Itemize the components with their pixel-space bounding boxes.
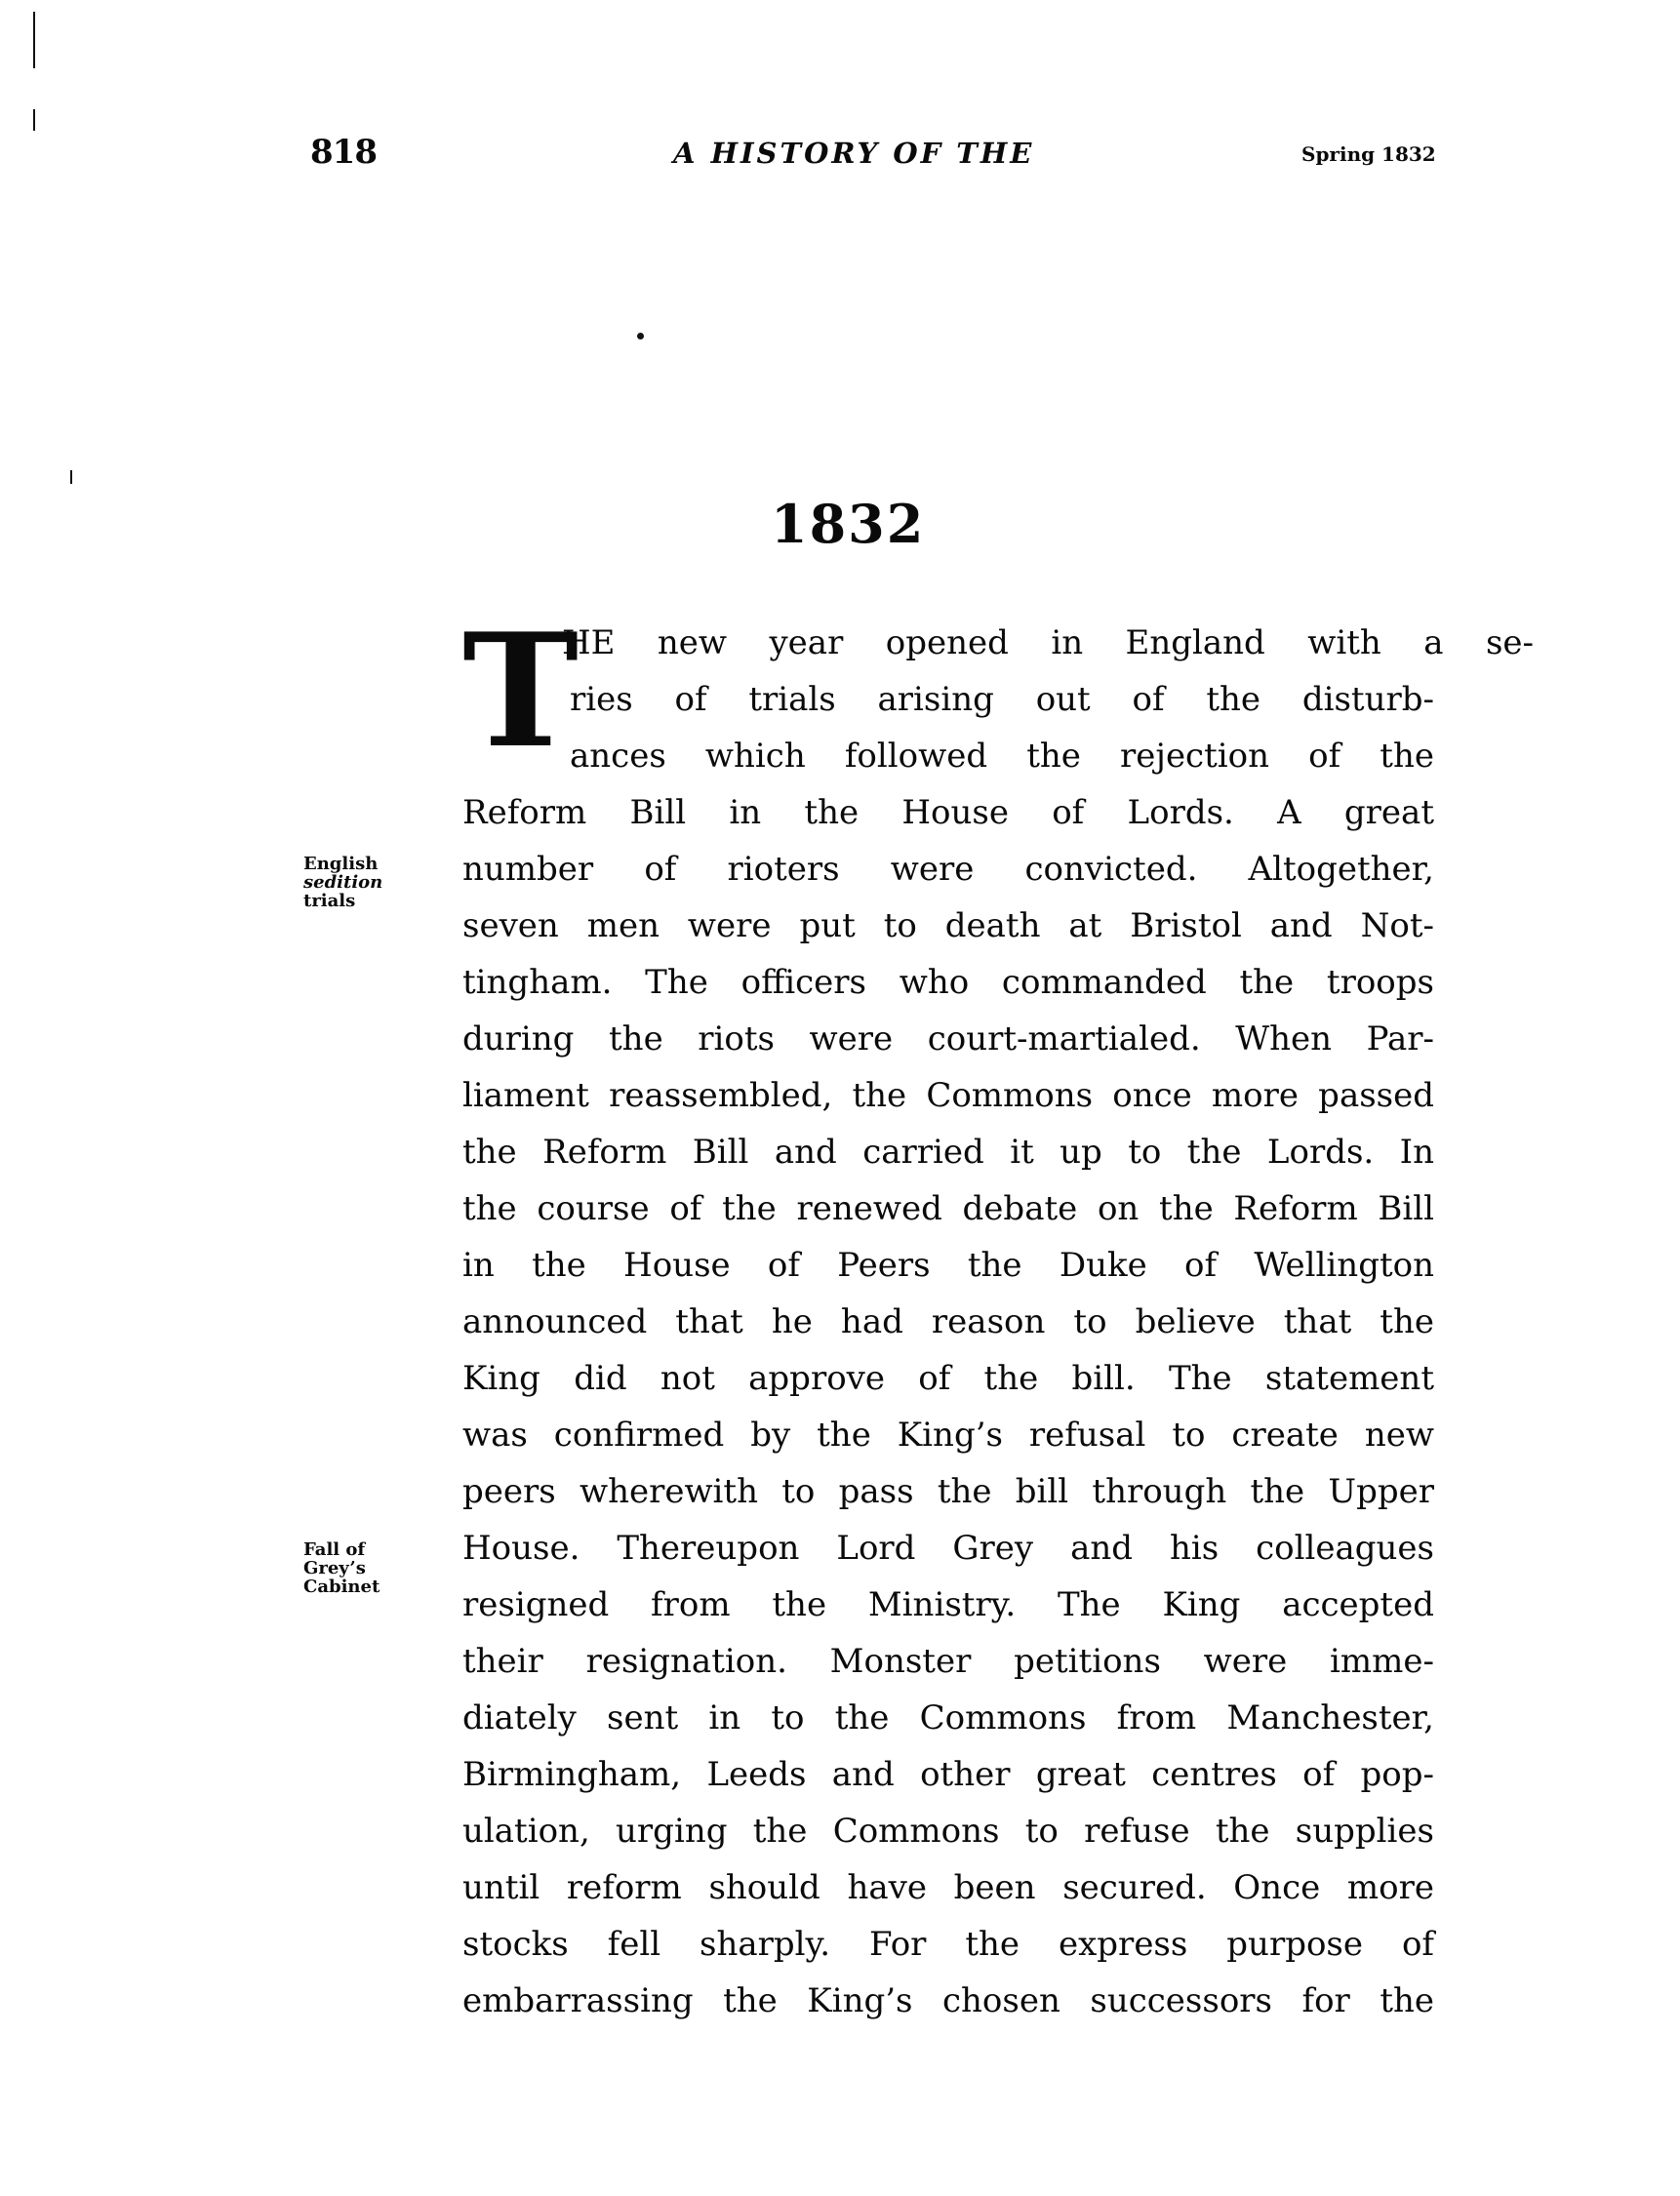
text-line: the course of the renewed debate on the …	[462, 1180, 1434, 1237]
text-line: the Reform Bill and carried it up to the…	[462, 1124, 1434, 1180]
margin-note-line: Grey’s	[303, 1559, 411, 1577]
text-line: tingham. The officers who commanded the …	[462, 954, 1434, 1011]
text-line: during the riots were court-martialed. W…	[462, 1011, 1434, 1067]
running-title: A HISTORY OF THE	[673, 137, 1034, 170]
text-line: HE new year opened in England with a se-	[462, 615, 1534, 671]
page-number: 818	[310, 133, 377, 172]
text-line: seven men were put to death at Bristol a…	[462, 898, 1434, 954]
text-line: announced that he had reason to believe …	[462, 1294, 1434, 1350]
margin-note-english-sedition-trials: English sedition trials	[303, 855, 411, 910]
margin-note-line: Cabinet	[303, 1577, 411, 1596]
stray-ink-dot	[637, 333, 644, 339]
text-line: peers wherewith to pass the bill through…	[462, 1463, 1434, 1520]
margin-note-line: sedition	[303, 873, 411, 892]
text-line: ulation, urging the Commons to refuse th…	[462, 1803, 1434, 1859]
text-line: King did not approve of the bill. The st…	[462, 1350, 1434, 1407]
margin-note-line: trials	[303, 892, 411, 910]
text-line: House. Thereupon Lord Grey and his colle…	[462, 1520, 1434, 1577]
text-line: liament reassembled, the Commons once mo…	[462, 1067, 1434, 1124]
text-line: Reform Bill in the House of Lords. A gre…	[462, 784, 1434, 841]
margin-note-fall-of-greys-cabinet: Fall of Grey’s Cabinet	[303, 1540, 411, 1596]
text-line: Birmingham, Leeds and other great centre…	[462, 1746, 1434, 1803]
text-line: ries of trials arising out of the distur…	[570, 671, 1434, 728]
text-line: stocks fell sharply. For the express pur…	[462, 1916, 1434, 1973]
running-date: Spring 1832	[1301, 142, 1436, 166]
text-line: diately sent in to the Commons from Manc…	[462, 1690, 1434, 1746]
text-line: their resignation. Monster petitions wer…	[462, 1633, 1434, 1690]
text-line: resigned from the Ministry. The King acc…	[462, 1577, 1434, 1633]
text-line: ances which followed the rejection of th…	[570, 728, 1434, 784]
text-line: in the House of Peers the Duke of Wellin…	[462, 1237, 1434, 1294]
scan-artifact-line	[33, 109, 35, 131]
body-text: T HE new year opened in England with a s…	[462, 615, 1434, 2029]
scan-artifact-line	[33, 12, 35, 68]
drop-cap: T	[462, 613, 579, 769]
text-line: number of rioters were convicted. Altoge…	[462, 841, 1434, 898]
year-heading: 1832	[771, 493, 1015, 555]
margin-note-line: English	[303, 855, 411, 873]
scan-artifact-line	[70, 470, 72, 484]
margin-note-line: Fall of	[303, 1540, 411, 1559]
text-line: was confirmed by the King’s refusal to c…	[462, 1407, 1434, 1463]
text-line: embarrassing the King’s chosen successor…	[462, 1973, 1434, 2029]
running-head: 818 A HISTORY OF THE Spring 1832	[0, 129, 1680, 178]
text-line: until reform should have been secured. O…	[462, 1859, 1434, 1916]
